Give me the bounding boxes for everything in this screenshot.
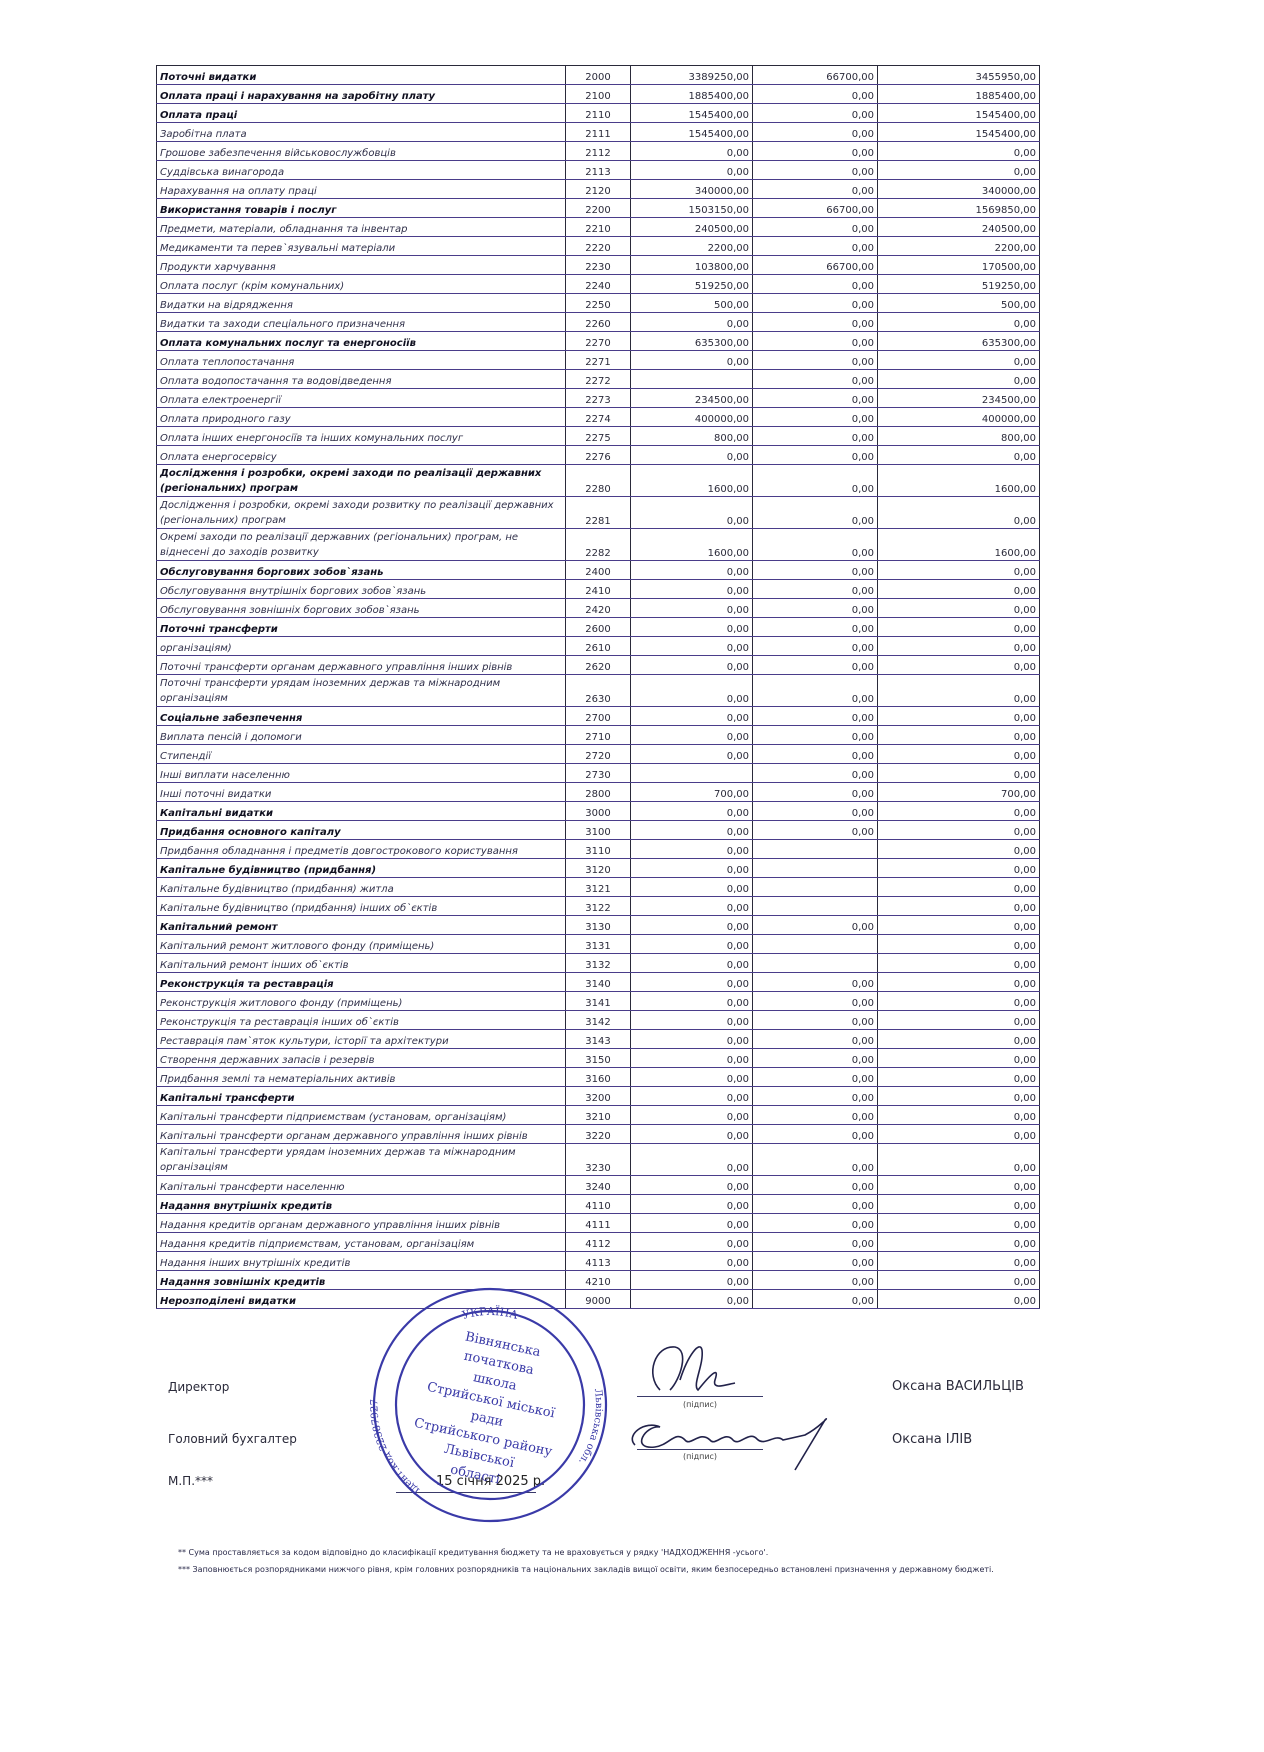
row-general-fund: 0,00	[631, 1087, 753, 1106]
table-row: Стипендії27200,000,000,00	[157, 745, 1040, 764]
row-code: 4111	[566, 1214, 631, 1233]
row-special-fund: 0,00	[753, 916, 878, 935]
row-special-fund: 0,00	[753, 821, 878, 840]
table-row: Заробітна плата21111545400,000,001545400…	[157, 123, 1040, 142]
row-code: 2273	[566, 389, 631, 408]
row-total: 0,00	[878, 1125, 1040, 1144]
row-special-fund: 66700,00	[753, 256, 878, 275]
row-code: 3220	[566, 1125, 631, 1144]
table-row: Інші виплати населенню27300,000,00	[157, 764, 1040, 783]
row-general-fund: 0,00	[631, 580, 753, 599]
row-general-fund: 0,00	[631, 1271, 753, 1290]
table-row: Оплата комунальних послуг та енергоносії…	[157, 332, 1040, 351]
row-name: Обслуговування зовнішніх боргових зобов`…	[157, 599, 566, 618]
row-total: 0,00	[878, 745, 1040, 764]
table-row: Інші поточні видатки2800700,000,00700,00	[157, 783, 1040, 802]
row-special-fund	[753, 878, 878, 897]
row-special-fund: 0,00	[753, 599, 878, 618]
row-total: 500,00	[878, 294, 1040, 313]
row-total: 170500,00	[878, 256, 1040, 275]
row-total: 0,00	[878, 370, 1040, 389]
row-code: 2600	[566, 618, 631, 637]
row-total: 0,00	[878, 821, 1040, 840]
table-row: Оплата праці21101545400,000,001545400,00	[157, 104, 1040, 123]
row-special-fund: 0,00	[753, 389, 878, 408]
row-total: 0,00	[878, 351, 1040, 370]
row-general-fund: 400000,00	[631, 408, 753, 427]
row-code: 2720	[566, 745, 631, 764]
row-special-fund: 0,00	[753, 1011, 878, 1030]
row-total: 800,00	[878, 427, 1040, 446]
row-code: 3120	[566, 859, 631, 878]
footnote-triple-star: *** Заповнюється розпорядниками нижчого …	[168, 1562, 1048, 1578]
row-name: Соціальне забезпечення	[157, 707, 566, 726]
row-code: 3142	[566, 1011, 631, 1030]
row-general-fund: 0,00	[631, 1144, 753, 1176]
row-special-fund: 0,00	[753, 180, 878, 199]
row-total: 1600,00	[878, 465, 1040, 497]
row-name: Поточні видатки	[157, 66, 566, 85]
row-name: Придбання основного капіталу	[157, 821, 566, 840]
row-name: організаціям)	[157, 637, 566, 656]
table-row: Видатки та заходи спеціального призначен…	[157, 313, 1040, 332]
row-total: 0,00	[878, 675, 1040, 707]
row-name: Капітальне будівництво (придбання)	[157, 859, 566, 878]
row-general-fund: 1545400,00	[631, 123, 753, 142]
row-total: 400000,00	[878, 408, 1040, 427]
row-special-fund: 0,00	[753, 802, 878, 821]
row-name: Заробітна плата	[157, 123, 566, 142]
table-row: Поточні видатки20003389250,0066700,00345…	[157, 66, 1040, 85]
row-total: 0,00	[878, 313, 1040, 332]
row-special-fund: 66700,00	[753, 199, 878, 218]
table-row: Капітальні трансферти населенню32400,000…	[157, 1176, 1040, 1195]
row-special-fund: 0,00	[753, 370, 878, 389]
row-general-fund: 519250,00	[631, 275, 753, 294]
row-general-fund: 500,00	[631, 294, 753, 313]
svg-text:УКРАЇНА: УКРАЇНА	[461, 1304, 520, 1322]
row-special-fund: 0,00	[753, 294, 878, 313]
row-code: 2120	[566, 180, 631, 199]
row-name: Виплата пенсій і допомоги	[157, 726, 566, 745]
row-total: 0,00	[878, 637, 1040, 656]
row-total: 1600,00	[878, 529, 1040, 561]
row-code: 3121	[566, 878, 631, 897]
row-total: 1545400,00	[878, 104, 1040, 123]
row-code: 2280	[566, 465, 631, 497]
row-code: 4110	[566, 1195, 631, 1214]
row-name: Суддівська винагорода	[157, 161, 566, 180]
row-name: Обслуговування внутрішніх боргових зобов…	[157, 580, 566, 599]
row-code: 2200	[566, 199, 631, 218]
row-special-fund: 0,00	[753, 726, 878, 745]
row-special-fund: 0,00	[753, 992, 878, 1011]
row-total: 0,00	[878, 973, 1040, 992]
row-special-fund: 0,00	[753, 561, 878, 580]
row-code: 2240	[566, 275, 631, 294]
row-total: 0,00	[878, 916, 1040, 935]
row-general-fund: 1503150,00	[631, 199, 753, 218]
row-total: 0,00	[878, 1144, 1040, 1176]
row-general-fund: 635300,00	[631, 332, 753, 351]
row-total: 0,00	[878, 497, 1040, 529]
row-code: 4113	[566, 1252, 631, 1271]
row-special-fund: 0,00	[753, 764, 878, 783]
row-name: Поточні трансферти	[157, 618, 566, 637]
director-label: Директор	[168, 1380, 229, 1394]
row-name: Оплата теплопостачання	[157, 351, 566, 370]
row-total: 0,00	[878, 1049, 1040, 1068]
row-general-fund: 3389250,00	[631, 66, 753, 85]
row-code: 2800	[566, 783, 631, 802]
row-total: 240500,00	[878, 218, 1040, 237]
row-code: 2274	[566, 408, 631, 427]
row-special-fund	[753, 897, 878, 916]
row-total: 0,00	[878, 1233, 1040, 1252]
row-special-fund: 0,00	[753, 446, 878, 465]
table-row: Капітальні видатки30000,000,000,00	[157, 802, 1040, 821]
row-general-fund: 0,00	[631, 745, 753, 764]
row-name: Капітальний ремонт	[157, 916, 566, 935]
row-total: 0,00	[878, 840, 1040, 859]
row-code: 2210	[566, 218, 631, 237]
row-total: 1569850,00	[878, 199, 1040, 218]
row-name: Поточні трансферти урядам іноземних держ…	[157, 675, 566, 707]
row-special-fund: 0,00	[753, 408, 878, 427]
row-name: Капітальні трансферти	[157, 1087, 566, 1106]
row-code: 2282	[566, 529, 631, 561]
row-special-fund: 0,00	[753, 675, 878, 707]
table-row: Грошове забезпечення військовослужбовців…	[157, 142, 1040, 161]
row-general-fund: 0,00	[631, 675, 753, 707]
row-general-fund: 800,00	[631, 427, 753, 446]
row-general-fund: 0,00	[631, 1214, 753, 1233]
row-special-fund: 0,00	[753, 237, 878, 256]
row-total: 0,00	[878, 1252, 1040, 1271]
row-name: Оплата праці	[157, 104, 566, 123]
table-row: Надання внутрішніх кредитів41100,000,000…	[157, 1195, 1040, 1214]
row-general-fund: 2200,00	[631, 237, 753, 256]
table-row: Реконструкція житлового фонду (приміщень…	[157, 992, 1040, 1011]
row-special-fund: 0,00	[753, 275, 878, 294]
row-general-fund: 0,00	[631, 859, 753, 878]
row-code: 2710	[566, 726, 631, 745]
row-special-fund: 0,00	[753, 529, 878, 561]
row-general-fund: 0,00	[631, 1049, 753, 1068]
row-code: 3143	[566, 1030, 631, 1049]
table-row: Оплата електроенергії2273234500,000,0023…	[157, 389, 1040, 408]
row-code: 2100	[566, 85, 631, 104]
row-code: 2620	[566, 656, 631, 675]
row-name: Реконструкція та реставрація інших об`єк…	[157, 1011, 566, 1030]
row-special-fund: 0,00	[753, 618, 878, 637]
row-general-fund: 1885400,00	[631, 85, 753, 104]
row-total: 0,00	[878, 580, 1040, 599]
row-total: 635300,00	[878, 332, 1040, 351]
row-special-fund: 0,00	[753, 218, 878, 237]
row-code: 2260	[566, 313, 631, 332]
row-general-fund: 103800,00	[631, 256, 753, 275]
row-name: Надання кредитів підприємствам, установа…	[157, 1233, 566, 1252]
row-general-fund: 0,00	[631, 973, 753, 992]
row-total: 0,00	[878, 561, 1040, 580]
row-name: Реставрація пам`яток культури, історії т…	[157, 1030, 566, 1049]
row-code: 2420	[566, 599, 631, 618]
row-special-fund: 0,00	[753, 1195, 878, 1214]
row-general-fund: 0,00	[631, 599, 753, 618]
row-name: Інші поточні видатки	[157, 783, 566, 802]
row-special-fund	[753, 840, 878, 859]
row-name: Продукти харчування	[157, 256, 566, 275]
row-name: Капітальне будівництво (придбання) інших…	[157, 897, 566, 916]
row-total: 0,00	[878, 1214, 1040, 1233]
row-total: 0,00	[878, 142, 1040, 161]
table-row: Придбання основного капіталу31000,000,00…	[157, 821, 1040, 840]
row-special-fund: 0,00	[753, 313, 878, 332]
row-total: 0,00	[878, 935, 1040, 954]
row-name: Надання кредитів органам державного упра…	[157, 1214, 566, 1233]
row-general-fund: 0,00	[631, 916, 753, 935]
row-code: 3100	[566, 821, 631, 840]
table-row: Використання товарів і послуг22001503150…	[157, 199, 1040, 218]
row-general-fund: 240500,00	[631, 218, 753, 237]
row-special-fund: 0,00	[753, 656, 878, 675]
table-row: Предмети, матеріали, обладнання та інвен…	[157, 218, 1040, 237]
row-code: 2220	[566, 237, 631, 256]
row-code: 2000	[566, 66, 631, 85]
row-general-fund: 0,00	[631, 726, 753, 745]
row-code: 2230	[566, 256, 631, 275]
row-special-fund: 0,00	[753, 707, 878, 726]
row-general-fund: 234500,00	[631, 389, 753, 408]
row-code: 3132	[566, 954, 631, 973]
row-code: 3140	[566, 973, 631, 992]
row-name: Медикаменти та перев`язувальні матеріали	[157, 237, 566, 256]
row-total: 1545400,00	[878, 123, 1040, 142]
table-row: Дослідження і розробки, окремі заходи ро…	[157, 497, 1040, 529]
row-code: 2111	[566, 123, 631, 142]
table-row: Обслуговування боргових зобов`язань24000…	[157, 561, 1040, 580]
row-name: Капітальні трансферти органам державного…	[157, 1125, 566, 1144]
row-code: 3000	[566, 802, 631, 821]
expenditure-table: Поточні видатки20003389250,0066700,00345…	[156, 65, 1040, 1309]
row-general-fund: 700,00	[631, 783, 753, 802]
row-total: 0,00	[878, 656, 1040, 675]
row-code: 2410	[566, 580, 631, 599]
table-row: Медикаменти та перев`язувальні матеріали…	[157, 237, 1040, 256]
row-code: 2610	[566, 637, 631, 656]
row-special-fund: 0,00	[753, 637, 878, 656]
row-name: Предмети, матеріали, обладнання та інвен…	[157, 218, 566, 237]
row-name: Обслуговування боргових зобов`язань	[157, 561, 566, 580]
row-special-fund: 0,00	[753, 1125, 878, 1144]
stamp-top-text: УКРАЇНА	[461, 1304, 520, 1322]
row-general-fund: 0,00	[631, 954, 753, 973]
table-row: Обслуговування зовнішніх боргових зобов`…	[157, 599, 1040, 618]
row-code: 4112	[566, 1233, 631, 1252]
table-row: Надання кредитів підприємствам, установа…	[157, 1233, 1040, 1252]
row-total: 234500,00	[878, 389, 1040, 408]
row-general-fund: 0,00	[631, 656, 753, 675]
row-special-fund: 0,00	[753, 1049, 878, 1068]
table-row: Оплата водопостачання та водовідведення2…	[157, 370, 1040, 389]
row-special-fund: 0,00	[753, 1106, 878, 1125]
row-total: 2200,00	[878, 237, 1040, 256]
row-general-fund: 0,00	[631, 840, 753, 859]
row-name: Оплата праці і нарахування на заробітну …	[157, 85, 566, 104]
table-row: Надання кредитів органам державного упра…	[157, 1214, 1040, 1233]
accountant-name: Оксана ІЛІВ	[892, 1432, 972, 1447]
row-total: 519250,00	[878, 275, 1040, 294]
row-special-fund	[753, 859, 878, 878]
row-total: 1885400,00	[878, 85, 1040, 104]
accountant-signature-icon	[615, 1405, 875, 1475]
row-general-fund: 0,00	[631, 935, 753, 954]
row-special-fund: 0,00	[753, 580, 878, 599]
row-name: Реконструкція житлового фонду (приміщень…	[157, 992, 566, 1011]
row-general-fund: 0,00	[631, 446, 753, 465]
row-special-fund: 0,00	[753, 1271, 878, 1290]
row-general-fund: 0,00	[631, 821, 753, 840]
table-row: Оплата енергосервісу22760,000,000,00	[157, 446, 1040, 465]
row-code: 3200	[566, 1087, 631, 1106]
row-code: 3150	[566, 1049, 631, 1068]
table-row: Надання інших внутрішніх кредитів41130,0…	[157, 1252, 1040, 1271]
row-special-fund: 0,00	[753, 783, 878, 802]
row-total: 0,00	[878, 1087, 1040, 1106]
row-code: 2276	[566, 446, 631, 465]
row-general-fund: 0,00	[631, 351, 753, 370]
table-row: Продукти харчування2230103800,0066700,00…	[157, 256, 1040, 275]
row-total: 0,00	[878, 1011, 1040, 1030]
row-code: 2110	[566, 104, 631, 123]
row-name: Інші виплати населенню	[157, 764, 566, 783]
row-general-fund: 0,00	[631, 1252, 753, 1271]
row-total: 0,00	[878, 1271, 1040, 1290]
row-total: 0,00	[878, 446, 1040, 465]
row-general-fund: 0,00	[631, 1233, 753, 1252]
row-name: Оплата інших енергоносіїв та інших комун…	[157, 427, 566, 446]
row-special-fund: 0,00	[753, 85, 878, 104]
row-name: Оплата водопостачання та водовідведення	[157, 370, 566, 389]
row-code: 2400	[566, 561, 631, 580]
footnote-double-star: ** Сума проставляється за кодом відповід…	[168, 1545, 1058, 1561]
row-general-fund	[631, 370, 753, 389]
row-special-fund: 0,00	[753, 465, 878, 497]
row-total: 3455950,00	[878, 66, 1040, 85]
row-total: 0,00	[878, 764, 1040, 783]
row-total: 700,00	[878, 783, 1040, 802]
row-special-fund: 0,00	[753, 104, 878, 123]
row-name: Надання внутрішніх кредитів	[157, 1195, 566, 1214]
table-row: Капітальне будівництво (придбання)31200,…	[157, 859, 1040, 878]
row-special-fund: 0,00	[753, 1176, 878, 1195]
row-special-fund: 0,00	[753, 1252, 878, 1271]
row-general-fund: 1600,00	[631, 529, 753, 561]
table-row: Капітальні трансферти органам державного…	[157, 1125, 1040, 1144]
row-name: Видатки на відрядження	[157, 294, 566, 313]
official-seal-stamp: УКРАЇНА Ідент.код 22387927 Львівська обл…	[370, 1285, 610, 1525]
row-code: 3160	[566, 1068, 631, 1087]
row-general-fund: 0,00	[631, 1290, 753, 1309]
row-special-fund: 0,00	[753, 1030, 878, 1049]
row-total: 0,00	[878, 897, 1040, 916]
row-special-fund: 0,00	[753, 123, 878, 142]
table-row: Капітальні трансферти урядам іноземних д…	[157, 1144, 1040, 1176]
row-general-fund: 0,00	[631, 142, 753, 161]
row-name: Грошове забезпечення військовослужбовців	[157, 142, 566, 161]
table-row: Капітальне будівництво (придбання) житла…	[157, 878, 1040, 897]
row-total: 0,00	[878, 878, 1040, 897]
table-row: Виплата пенсій і допомоги27100,000,000,0…	[157, 726, 1040, 745]
row-code: 2700	[566, 707, 631, 726]
row-code: 3110	[566, 840, 631, 859]
row-name: Поточні трансферти органам державного уп…	[157, 656, 566, 675]
table-body: Поточні видатки20003389250,0066700,00345…	[157, 66, 1040, 1309]
row-code: 3230	[566, 1144, 631, 1176]
row-name: Стипендії	[157, 745, 566, 764]
table-row: Оплата природного газу2274400000,000,004…	[157, 408, 1040, 427]
row-general-fund: 0,00	[631, 497, 753, 529]
director-name: Оксана ВАСИЛЬЦІВ	[892, 1379, 1024, 1394]
row-name: Капітальний ремонт житлового фонду (прим…	[157, 935, 566, 954]
row-total: 340000,00	[878, 180, 1040, 199]
row-general-fund: 1600,00	[631, 465, 753, 497]
row-name: Реконструкція та реставрація	[157, 973, 566, 992]
row-total: 0,00	[878, 1068, 1040, 1087]
row-general-fund: 340000,00	[631, 180, 753, 199]
row-general-fund: 0,00	[631, 707, 753, 726]
row-name: Використання товарів і послуг	[157, 199, 566, 218]
row-code: 2113	[566, 161, 631, 180]
row-code: 2281	[566, 497, 631, 529]
row-total: 0,00	[878, 802, 1040, 821]
table-row: Оплата інших енергоносіїв та інших комун…	[157, 427, 1040, 446]
row-total: 0,00	[878, 1030, 1040, 1049]
table-row: Капітальний ремонт інших об`єктів31320,0…	[157, 954, 1040, 973]
row-general-fund: 0,00	[631, 1176, 753, 1195]
row-general-fund: 0,00	[631, 1125, 753, 1144]
row-special-fund	[753, 954, 878, 973]
table-row: Поточні трансферти урядам іноземних держ…	[157, 675, 1040, 707]
row-general-fund: 0,00	[631, 637, 753, 656]
row-general-fund: 1545400,00	[631, 104, 753, 123]
row-general-fund: 0,00	[631, 1195, 753, 1214]
row-code: 3240	[566, 1176, 631, 1195]
row-code: 2730	[566, 764, 631, 783]
row-special-fund: 66700,00	[753, 66, 878, 85]
row-general-fund: 0,00	[631, 561, 753, 580]
row-code: 2271	[566, 351, 631, 370]
table-row: Придбання обладнання і предметів довгост…	[157, 840, 1040, 859]
table-row: Оплата праці і нарахування на заробітну …	[157, 85, 1040, 104]
row-name: Оплата послуг (крім комунальних)	[157, 275, 566, 294]
table-row: Капітальні трансферти32000,000,000,00	[157, 1087, 1040, 1106]
table-row: Оплата теплопостачання22710,000,000,00	[157, 351, 1040, 370]
row-general-fund	[631, 764, 753, 783]
row-special-fund: 0,00	[753, 973, 878, 992]
row-total: 0,00	[878, 954, 1040, 973]
table-row: Придбання землі та нематеріальних активі…	[157, 1068, 1040, 1087]
table-row: Оплата послуг (крім комунальних)22405192…	[157, 275, 1040, 294]
row-total: 0,00	[878, 859, 1040, 878]
row-general-fund: 0,00	[631, 897, 753, 916]
row-general-fund: 0,00	[631, 878, 753, 897]
row-total: 0,00	[878, 618, 1040, 637]
row-code: 3141	[566, 992, 631, 1011]
row-general-fund: 0,00	[631, 1068, 753, 1087]
row-special-fund: 0,00	[753, 1233, 878, 1252]
